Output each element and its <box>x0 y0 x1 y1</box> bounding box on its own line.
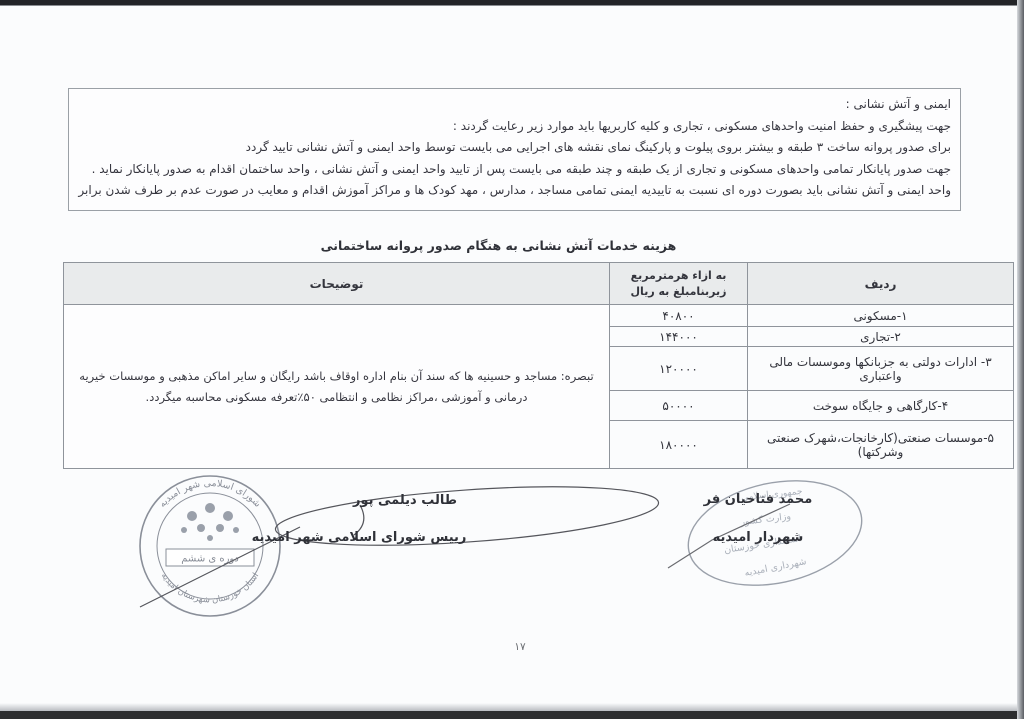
col-header-notes: توضیحات <box>64 263 610 305</box>
col-header-radif: ردیف <box>748 263 1014 305</box>
table-row: ۱-مسکونی ۴۰۸۰۰ تبصره: مساجد و حسینیه ها … <box>64 305 1014 327</box>
page-number: ۱۷ <box>500 641 540 653</box>
signer-left-title: رییس شورای اسلامی شهر امیدیه <box>238 530 480 545</box>
notes-cell: تبصره: مساجد و حسینیه ها که سند آن بنام … <box>64 305 610 469</box>
stamp-floral-emblem-icon <box>181 503 239 541</box>
safety-line-2: برای صدور پروانه ساخت ۳ طبقه و بیشتر برو… <box>75 137 951 159</box>
scan-edge-top <box>0 0 1024 6</box>
council-stamp <box>140 476 280 616</box>
signature-stamp-graphics: شورای اسلامی شهر امیدیه استان خوزستان شه… <box>60 460 1000 635</box>
municipality-stamp-line2: وزارت کشور <box>739 511 792 528</box>
row-label: ۳- ادارات دولتی به جزبانکها وموسسات مالی… <box>748 347 1014 391</box>
fee-table-header-row: ردیف به ازاء هرمترمربع زیربنامبلغ به ریا… <box>64 263 1014 305</box>
scan-edge-right <box>1017 0 1024 719</box>
row-label: ۴-کارگاهی و جایگاه سوخت <box>748 391 1014 421</box>
row-amount: ۱۴۴۰۰۰ <box>610 327 748 347</box>
signer-right-name: محمد فتاحیان فر <box>678 492 838 507</box>
row-amount: ۵۰۰۰۰ <box>610 391 748 421</box>
signer-left-name: طالب دیلمی پور <box>330 493 480 508</box>
fee-table-title: هزینه خدمات آتش نشانی به هنگام صدور پروا… <box>40 238 957 253</box>
safety-line-4: واحد ایمنی و آتش نشانی باید بصورت دوره ا… <box>75 180 951 202</box>
council-stamp-arc-bottom: استان خوزستان شهرستان امیدیه <box>159 571 261 605</box>
row-label: ۲-تجاری <box>748 327 1014 347</box>
col-header-amount-line2: زیربنامبلغ به ریال <box>616 284 741 300</box>
safety-line-3: جهت صدور پایانکار تمامی واحدهای مسکونی و… <box>75 159 951 181</box>
scan-edge-bottom <box>0 711 1024 719</box>
municipality-stamp-line4: شهرداری امیدیه <box>744 556 808 579</box>
signer-right-title: شهردار امیدیه <box>688 530 828 545</box>
row-label: ۱-مسکونی <box>748 305 1014 327</box>
row-amount: ۱۲۰۰۰۰ <box>610 347 748 391</box>
safety-notice-box: ایمنی و آتش نشانی : جهت پیشگیری و حفظ ام… <box>68 88 961 211</box>
col-header-amount-line1: به ازاء هرمترمربع <box>616 268 741 284</box>
scan-edge-bottom-fade <box>0 703 1024 711</box>
safety-heading: ایمنی و آتش نشانی : <box>75 94 951 116</box>
safety-line-1: جهت پیشگیری و حفظ امنیت واحدهای مسکونی ،… <box>75 116 951 138</box>
council-stamp-banner: دوره ی ششم <box>181 554 239 565</box>
fee-table: ردیف به ازاء هرمترمربع زیربنامبلغ به ریا… <box>63 262 1014 469</box>
col-header-amount: به ازاء هرمترمربع زیربنامبلغ به ریال <box>610 263 748 305</box>
row-amount: ۴۰۸۰۰ <box>610 305 748 327</box>
